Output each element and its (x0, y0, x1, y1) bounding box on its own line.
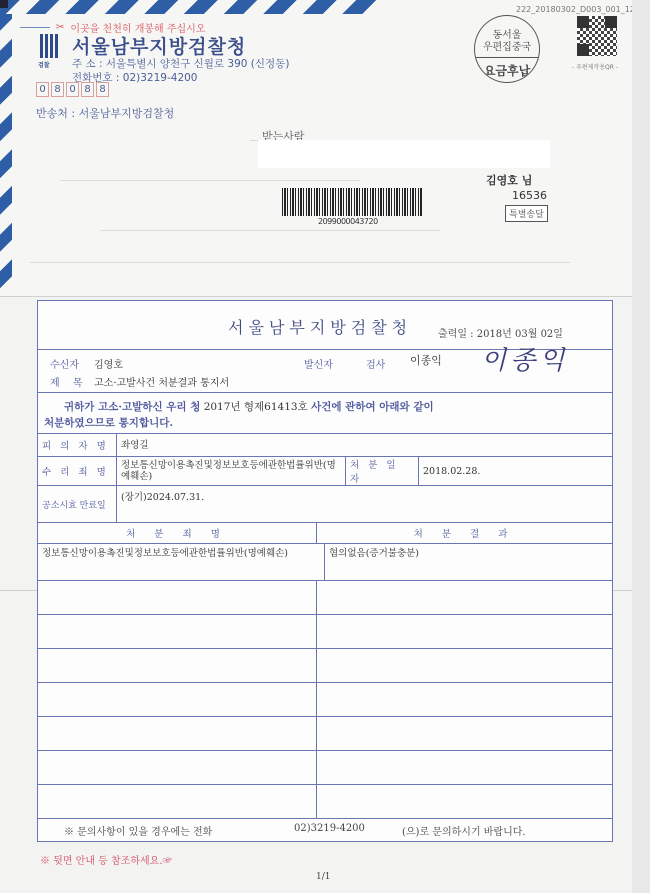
logo-text: 검찰 (38, 60, 50, 69)
disposition-date: 2018.02.28. (419, 457, 612, 485)
notice-intro: 귀하가 고소·고발하신 우리 청 2017년 형제61413호 사건에 관하여 … (38, 393, 612, 434)
sender-name: 이종익 (410, 352, 442, 368)
table-row (38, 717, 612, 751)
qr-label: - 우편제작용QR - (572, 62, 618, 71)
print-date: 출력일 : 2018년 03월 02일 (438, 325, 563, 340)
recipient-name: 김영호 님 (486, 172, 532, 188)
charge-value: 정보통신망이용촉진및정보보호등에관한법률위반(명예훼손) (117, 457, 346, 485)
fold-line (0, 296, 632, 297)
back-side-note: ※ 뒷면 안내 등 참조하세요.☞ (40, 852, 173, 867)
page-number: 1/1 (316, 872, 330, 882)
file-id: 222_20180302_D003_001_1200 (516, 5, 645, 14)
disposition-notice: 서울남부지방검찰청 출력일 : 2018년 03월 02일 수신자 김영호 발신… (37, 300, 613, 842)
table-row (38, 615, 612, 649)
scissors-icon: ✂ (56, 22, 64, 33)
airmail-stripes (0, 0, 380, 14)
recipient-code: 16536 (512, 189, 547, 202)
inquiry-phone: 02)3219-4200 (294, 823, 365, 834)
sender-address: 주 소 : 서울특별시 양천구 신월로 390 (신정동) (72, 56, 289, 71)
charge-row: 수 리 죄 명 정보통신망이용촉진및정보보호등에관한법률위반(명예훼손) 처 분… (38, 457, 612, 486)
envelope: ✂ 이곳을 천천히 개봉해 주십시오 검찰 서울남부지방검찰청 주 소 : 서울… (0, 0, 632, 296)
table-row (38, 785, 612, 819)
subject-label: 제 목 (50, 374, 88, 389)
barcode-number: 2099000043720 (318, 217, 378, 226)
barcode-icon (282, 188, 422, 216)
postage-stamp: 동서울 우편집중국 요금후납 (474, 15, 540, 83)
suspect-row: 피 의 자 명 좌영길 (38, 434, 612, 457)
table-row (38, 683, 612, 717)
airmail-stripes-left (0, 14, 12, 294)
sender-label: 발신자 (304, 356, 333, 371)
tear-arrow-icon (20, 27, 50, 29)
recipient-value: 김영호 (94, 356, 123, 371)
table-row (38, 751, 612, 785)
redacted-address (258, 140, 550, 168)
zip-code: 0 8 0 8 8 (36, 82, 109, 97)
return-address: 반송처 : 서울남부지방검찰청 (36, 105, 174, 121)
recipient-label: 수신자 (50, 356, 79, 371)
prosecution-logo-icon (40, 34, 60, 58)
inquiry-footer: ※ 문의사항이 있을 경우에는 전화 02)3219-4200 (으)로 문의하… (38, 819, 612, 841)
subject-value: 고소·고발사건 처분결과 통지서 (94, 374, 229, 389)
suspect-name: 좌영길 (117, 434, 612, 456)
limitation-row: 공소시효 만료일 (장기)2024.07.31. (38, 486, 612, 523)
delivery-type-badge: 특별송달 (505, 205, 548, 222)
qr-code-icon (577, 16, 617, 56)
limitation-date: (장기)2024.07.31. (117, 486, 612, 522)
notice-title: 서울남부지방검찰청 (228, 315, 412, 338)
signature: 이종익 (481, 340, 568, 377)
case-number: 2017년 형제61413호 (204, 401, 308, 413)
table-row (38, 581, 612, 615)
table-header: 처 분 죄 명 처 분 결 과 (38, 523, 612, 544)
table-row (38, 649, 612, 683)
scan-corner (0, 0, 8, 8)
sender-office-name: 서울남부지방검찰청 (72, 32, 246, 59)
table-row: 정보통신망이용촉진및정보보호등에관한법률위반(명예훼손) 혐의없음(증거불충분) (38, 544, 612, 581)
scan-edge (632, 0, 650, 893)
sender-title: 검사 (366, 356, 385, 371)
